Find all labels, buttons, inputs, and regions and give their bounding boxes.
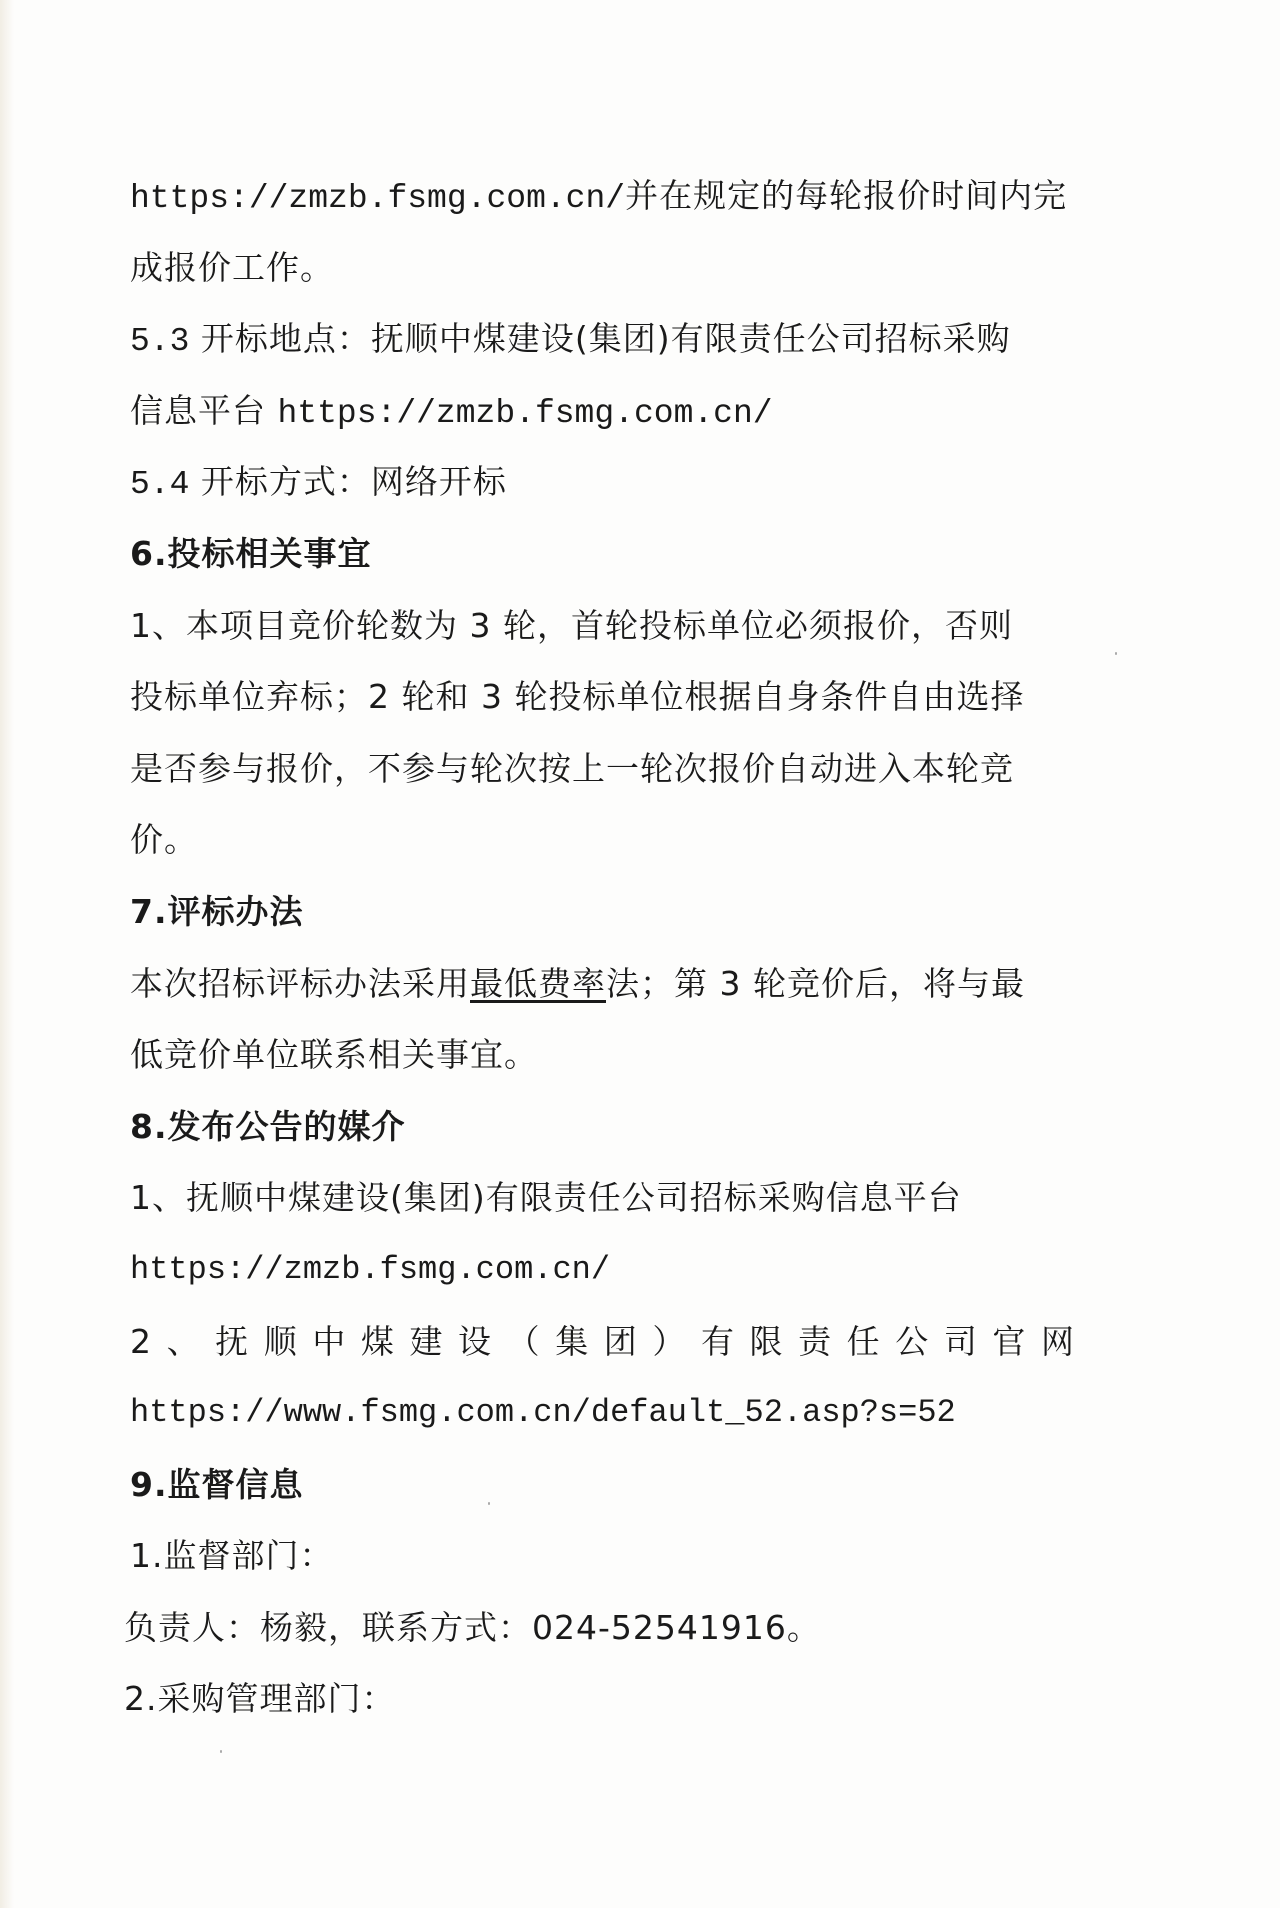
paragraph-line: 低竞价单位联系相关事宜。 <box>130 1019 1075 1091</box>
section-number: 5.4 <box>130 466 189 503</box>
char: 设 <box>458 1306 492 1378</box>
line-text: 信息平台 <box>130 391 278 430</box>
section-number: 5.3 <box>130 323 189 360</box>
platform-url-link[interactable]: https://zmzb.fsmg.com.cn/ <box>130 180 625 217</box>
platform-url-link[interactable]: https://zmzb.fsmg.com.cn/ <box>130 1234 1075 1306</box>
supervision-dept-label: 1.监督部门： <box>130 1520 1075 1592</box>
char: 网 <box>1041 1306 1075 1378</box>
page-edge-shadow <box>0 0 14 1908</box>
paragraph-line: 信息平台 https://zmzb.fsmg.com.cn/ <box>130 375 1075 447</box>
section-8-heading: 8.发布公告的媒介 <box>130 1091 1075 1163</box>
paragraph-line: 投标单位弃标；2 轮和 3 轮投标单位根据自身条件自由选择 <box>130 661 1075 733</box>
char: 2 <box>130 1306 152 1378</box>
char: 有 <box>701 1306 735 1378</box>
line-text: 本次招标评标办法采用 <box>130 964 470 1003</box>
scan-speck <box>488 1502 490 1505</box>
paragraph-line: 1、抚顺中煤建设(集团)有限责任公司招标采购信息平台 <box>130 1162 1075 1234</box>
char: 、 <box>167 1306 201 1378</box>
line-text: 开标方式：网络开标 <box>189 462 507 501</box>
char: 顺 <box>264 1306 298 1378</box>
scan-speck <box>220 1750 222 1753</box>
paragraph-line: https://zmzb.fsmg.com.cn/并在规定的每轮报价时间内完 <box>130 160 1075 232</box>
char: 司 <box>944 1306 978 1378</box>
char: 集 <box>555 1306 589 1378</box>
char: 责 <box>798 1306 832 1378</box>
paragraph-line: 本次招标评标办法采用最低费率法；第 3 轮竞价后，将与最 <box>130 948 1075 1020</box>
line-text: 法；第 3 轮竞价后，将与最 <box>606 964 1025 1003</box>
char: 限 <box>750 1306 784 1378</box>
document-page: https://zmzb.fsmg.com.cn/并在规定的每轮报价时间内完 成… <box>130 160 1075 1735</box>
official-site-url-link[interactable]: https://www.fsmg.com.cn/default_52.asp?s… <box>130 1377 1075 1449</box>
line-text: 并在规定的每轮报价时间内完 <box>625 176 1067 215</box>
scan-speck <box>1115 652 1117 655</box>
char: 建 <box>409 1306 443 1378</box>
char: 官 <box>992 1306 1026 1378</box>
supervisor-contact: 负责人：杨毅，联系方式：024-52541916。 <box>124 1592 1075 1664</box>
paragraph-line: 价。 <box>130 804 1075 876</box>
char: 公 <box>895 1306 929 1378</box>
char: 中 <box>312 1306 346 1378</box>
paragraph-line: 成报价工作。 <box>130 232 1075 304</box>
platform-url-link[interactable]: https://zmzb.fsmg.com.cn/ <box>278 395 773 432</box>
paragraph-line: 是否参与报价，不参与轮次按上一轮次报价自动进入本轮竞 <box>130 733 1075 805</box>
section-9-heading: 9.监督信息 <box>130 1449 1075 1521</box>
paragraph-line: 1、本项目竞价轮数为 3 轮，首轮投标单位必须报价，否则 <box>130 590 1075 662</box>
procurement-dept-label: 2.采购管理部门： <box>124 1663 1075 1735</box>
official-site-line: 2 、 抚 顺 中 煤 建 设 （ 集 团 ） 有 限 责 任 公 司 官 网 <box>130 1306 1075 1378</box>
char: 煤 <box>361 1306 395 1378</box>
section-7-heading: 7.评标办法 <box>130 876 1075 948</box>
char: 任 <box>847 1306 881 1378</box>
char: ） <box>652 1306 686 1378</box>
char: （ <box>507 1306 541 1378</box>
char: 团 <box>604 1306 638 1378</box>
section-5-4-opening-method: 5.4 开标方式：网络开标 <box>130 446 1075 518</box>
char: 抚 <box>215 1306 249 1378</box>
underlined-method-text: 最低费率 <box>470 964 606 1003</box>
section-6-heading: 6.投标相关事宜 <box>130 518 1075 590</box>
line-text: 开标地点：抚顺中煤建设(集团)有限责任公司招标采购 <box>189 319 1010 358</box>
section-5-3-opening-location: 5.3 开标地点：抚顺中煤建设(集团)有限责任公司招标采购 <box>130 303 1075 375</box>
